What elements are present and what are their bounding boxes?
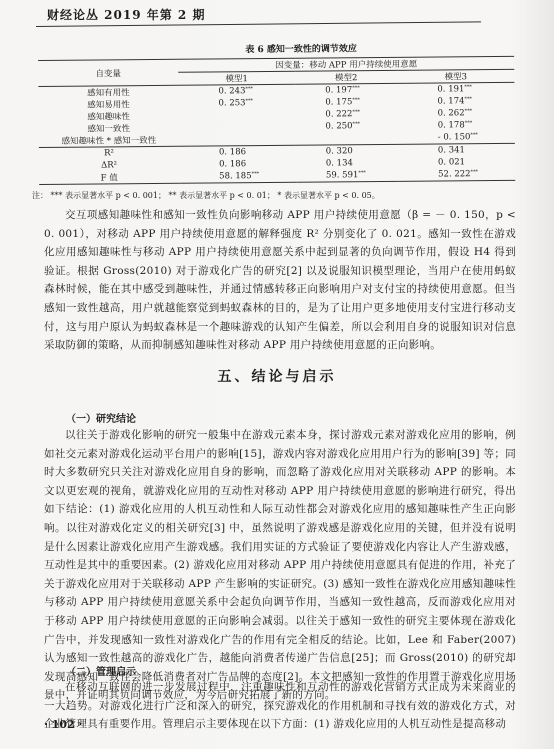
model2-header: 模型2 xyxy=(295,70,397,84)
subsection-research-conclusions: （一）研究结论 xyxy=(66,410,136,425)
var-header: 自变量 xyxy=(38,59,178,86)
running-head: 财经论丛 2019 年第 2 期 xyxy=(47,6,205,23)
moderation-effect-table: 自变量 因变量：移动 APP 用户持续使用意愿 模型1 模型2 模型3 感知有用… xyxy=(38,56,515,185)
model1-header: 模型1 xyxy=(178,71,295,85)
section-title: 五、结论与启示 xyxy=(0,366,554,386)
journal-page: 财经论丛 2019 年第 2 期 表 6 感知一致性的调节效应 自变量 因变量：… xyxy=(0,0,554,749)
table-title: 表 6 感知一致性的调节效应 xyxy=(38,40,514,57)
paragraph-implications: 在移动互联网的进一步发展过程中，注重趣味性和互动性的游戏化营销方式正成为未来商业… xyxy=(44,678,516,734)
table-note: 注： *** 表示显著水平 p < 0. 001； ** 表示显著水平 p < … xyxy=(32,190,380,201)
subsection-management-implications: （二）管理启示 xyxy=(66,663,136,678)
regression-table: 表 6 感知一致性的调节效应 自变量 因变量：移动 APP 用户持续使用意愿 模… xyxy=(38,40,515,185)
page-number: · 102 · xyxy=(44,718,82,731)
model3-header: 模型3 xyxy=(397,69,514,83)
paragraph-moderation: 交互项感知趣味性和感知一致性负向影响移动 APP 用户持续使用意愿（β = － … xyxy=(44,206,516,355)
